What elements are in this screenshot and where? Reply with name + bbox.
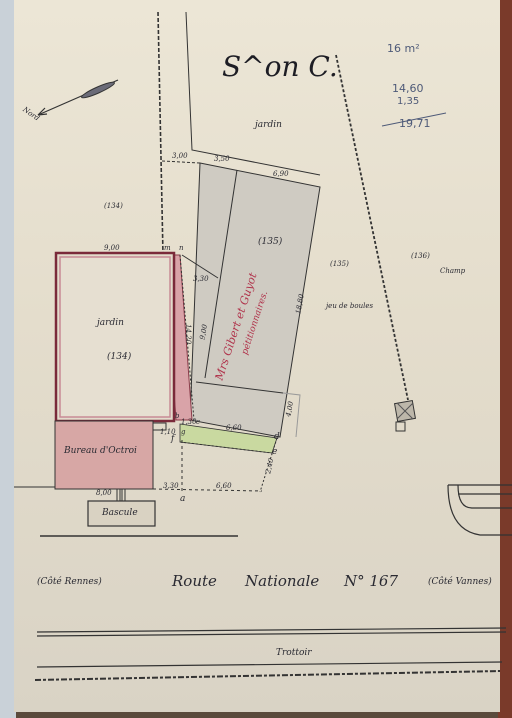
parcel-135-label: (135) (258, 237, 282, 247)
dim-top-right: 6,90 (273, 170, 289, 178)
road-right-side: (Côté Vannes) (428, 577, 492, 587)
dim-ce: 6,60 (226, 424, 242, 432)
north-arrow (38, 80, 118, 115)
dim-garden-top: 9,00 (104, 244, 120, 252)
point-n: n (179, 244, 184, 252)
sidewalk-label: Trottoir (276, 648, 312, 658)
champ-label: Champ (440, 267, 465, 275)
pencil-note-3: 1,35 (397, 96, 419, 107)
parcel-135-right-label: (135) (330, 260, 349, 268)
point-c: c (196, 418, 200, 426)
road-name-2: Nationale (245, 572, 319, 590)
well-symbol (395, 401, 416, 431)
dim-octroi-width: 8,00 (96, 489, 112, 497)
point-g: g (181, 428, 185, 436)
dim-top-mid: 3,50 (214, 155, 230, 163)
garden-134-use: jardin (97, 318, 124, 328)
dim-bc: 1,30 (181, 418, 197, 426)
pencil-note-1: 16 m² (387, 42, 420, 55)
dim-top-left: 3,00 (172, 152, 188, 160)
bureau-octroi-label: Bureau d'Octroi (64, 446, 137, 456)
dim-inner-330: 3,30 (193, 275, 209, 283)
section-title: S^on C. (222, 50, 338, 83)
point-b: b (175, 412, 179, 420)
garden-134-label: (134) (107, 352, 131, 362)
jeu-de-boules-label: jeu de boules (326, 302, 373, 310)
parcel-134-top-label: (134) (104, 202, 123, 210)
bascule-label: Bascule (102, 508, 138, 518)
point-f: f (171, 434, 174, 444)
point-a: a (180, 494, 185, 504)
road-number: N° 167 (344, 572, 398, 590)
point-d: d (274, 432, 280, 442)
top-garden-label: jardin (255, 120, 282, 130)
point-m: m (164, 244, 171, 252)
pencil-note-total: 19,71 (399, 117, 431, 130)
dim-left-strip: 14,20 (184, 324, 192, 344)
point-e: e (272, 447, 277, 457)
pencil-note-2: 14,60 (392, 82, 424, 95)
road-left-side: (Côté Rennes) (37, 577, 102, 587)
dim-bottom-left: 3,30 (163, 482, 179, 490)
road-name-1: Route (172, 572, 217, 590)
parcel-136-label: (136) (411, 252, 430, 260)
dim-bottom-right: 6,60 (216, 482, 232, 490)
plan-drawing (0, 0, 512, 718)
